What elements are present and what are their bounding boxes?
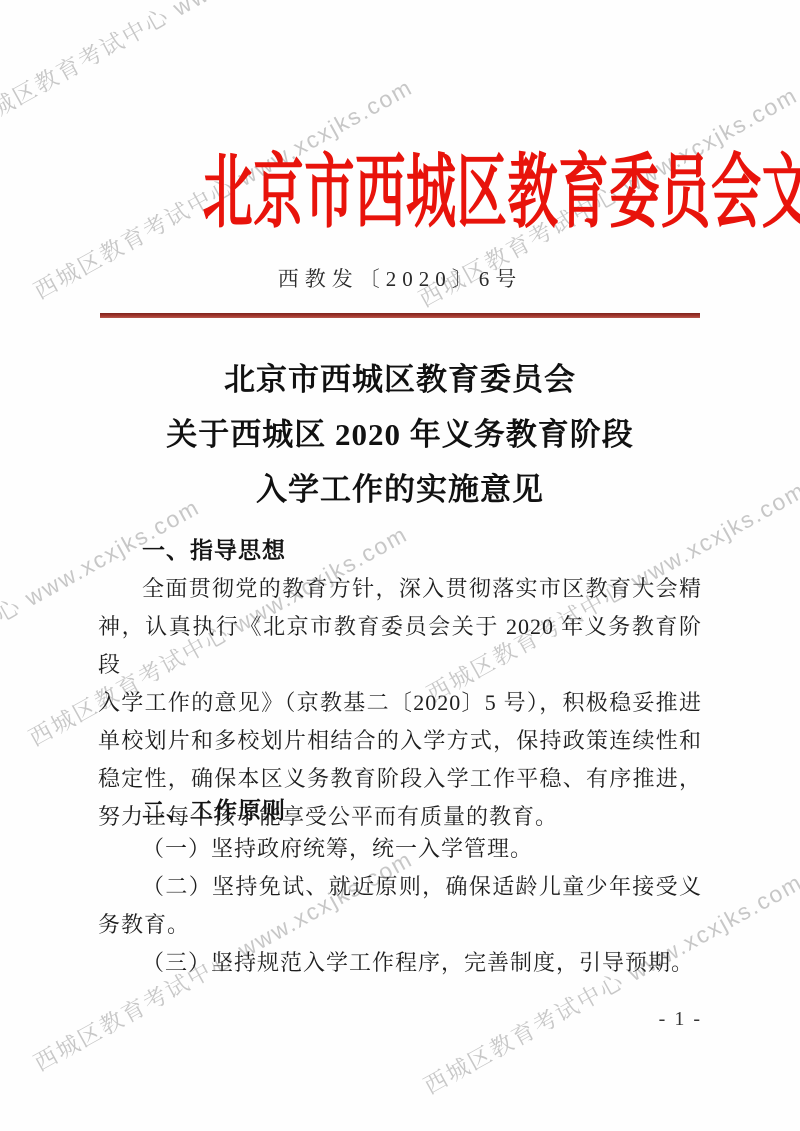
letterhead: 北京市西城区教育委员会文件: [0, 152, 800, 235]
red-divider-rule: [100, 313, 700, 318]
paragraph-line: 单校划片和多校划片相结合的入学方式，保持政策连续性和: [98, 722, 702, 760]
list-item-line: （三）坚持规范入学工作程序，完善制度，引导预期。: [98, 944, 702, 982]
document-page: 西城区教育考试中心 www.xcxjks.com 西城区教育考试中心 www.x…: [0, 0, 800, 1131]
paragraph-line: 神，认真执行《北京市教育委员会关于 2020 年义务教育阶段: [98, 608, 702, 684]
paragraph-line: 全面贯彻党的教育方针，深入贯彻落实市区教育大会精: [98, 570, 702, 608]
agency-title: 北京市西城区教育委员会文件: [203, 152, 800, 235]
section-heading: 二、工作原则: [98, 790, 702, 830]
document-title: 北京市西城区教育委员会 关于西城区 2020 年义务教育阶段 入学工作的实施意见: [0, 352, 800, 517]
paragraph-line: 入学工作的意见》（京教基二〔2020〕5 号），积极稳妥推进: [98, 684, 702, 722]
title-line: 关于西城区 2020 年义务教育阶段: [0, 407, 800, 462]
list-item-line: （二）坚持免试、就近原则，确保适龄儿童少年接受义: [98, 868, 702, 906]
watermark-text: 西城区教育考试中心 www.xcxjks.com: [0, 0, 353, 136]
title-line: 入学工作的实施意见: [0, 462, 800, 517]
section-heading: 一、指导思想: [98, 530, 702, 570]
title-line: 北京市西城区教育委员会: [0, 352, 800, 407]
list-item-line: （一）坚持政府统筹，统一入学管理。: [98, 830, 702, 868]
list-item-line: 务教育。: [98, 906, 702, 944]
doc-number: 西教发〔2020〕6号: [0, 263, 800, 293]
page-number: - 1 -: [0, 1008, 702, 1031]
section-work-principles: 二、工作原则 （一）坚持政府统筹，统一入学管理。 （二）坚持免试、就近原则，确保…: [98, 790, 702, 982]
